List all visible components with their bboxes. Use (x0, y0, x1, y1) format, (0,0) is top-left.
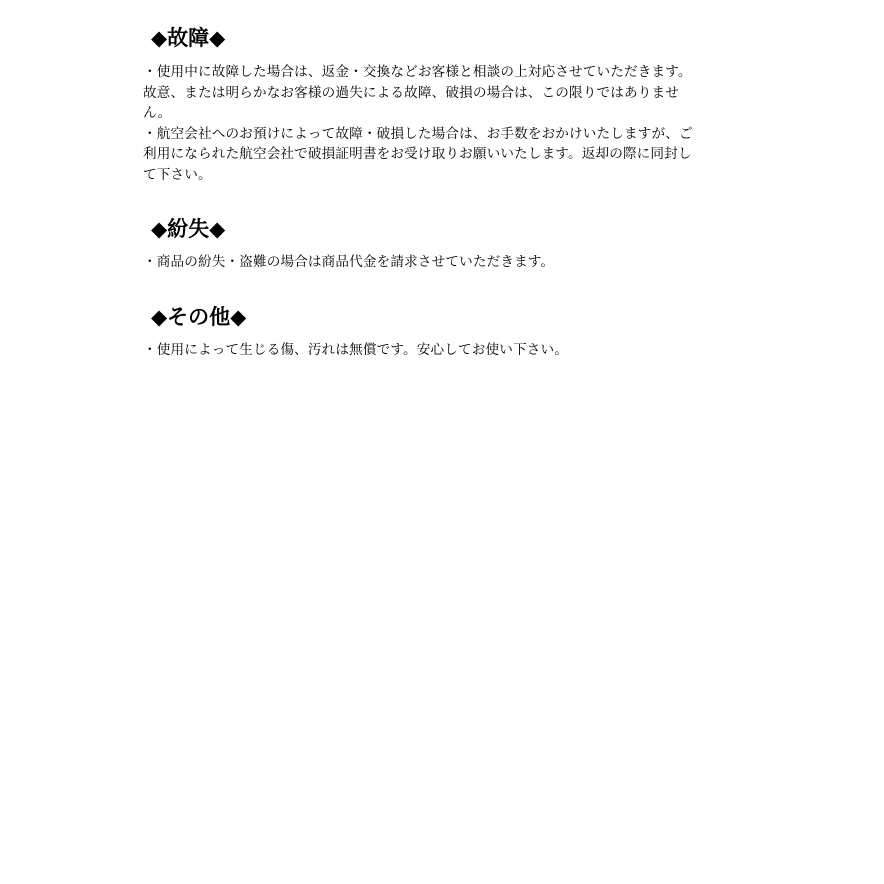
text-line: て下さい。 (143, 165, 743, 186)
text-line: ん。 (143, 103, 743, 124)
section-title-other: ◆その他◆ (151, 303, 246, 331)
text-line: ・使用中に故障した場合は、返金・交換などお客様と相談の上対応させていただきます。 (143, 62, 743, 83)
section-body-loss: ・商品の紛失・盗難の場合は商品代金を請求させていただきます。 (143, 252, 743, 273)
text-line: 利用になられた航空会社で破損証明書をお受け取りお願いいたします。返却の際に同封し (143, 144, 743, 165)
section-body-other: ・使用によって生じる傷、汚れは無償です。安心してお使い下さい。 (143, 340, 743, 361)
section-body-failure: ・使用中に故障した場合は、返金・交換などお客様と相談の上対応させていただきます。… (143, 62, 743, 185)
text-line: ・使用によって生じる傷、汚れは無償です。安心してお使い下さい。 (143, 340, 743, 361)
text-line: ・商品の紛失・盗難の場合は商品代金を請求させていただきます。 (143, 252, 743, 273)
section-title-failure: ◆故障◆ (151, 24, 225, 52)
section-title-loss: ◆紛失◆ (151, 215, 225, 243)
text-line: ・航空会社へのお預けによって故障・破損した場合は、お手数をおかけいたしますが、ご (143, 124, 743, 145)
text-line: 故意、または明らかなお客様の過失による故障、破損の場合は、この限りではありませ (143, 83, 743, 104)
